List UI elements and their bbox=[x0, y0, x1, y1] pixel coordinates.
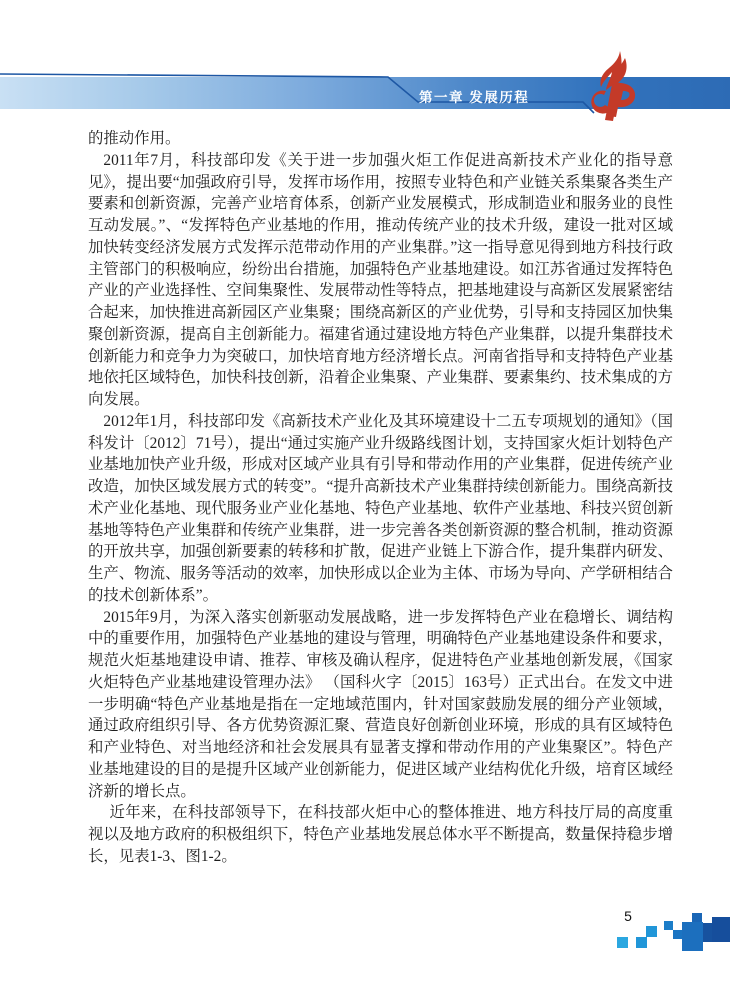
torch-logo-icon bbox=[586, 50, 644, 124]
chapter-title: 第一章 发展历程 bbox=[419, 86, 529, 106]
paragraph-2015: 2015年9月，为深入落实创新驱动发展战略，进一步发挥特色产业在稳增长、调结构中… bbox=[88, 607, 673, 803]
mosaic-square bbox=[692, 913, 702, 922]
paragraph-recent-years: 近年来，在科技部领导下，在科技部火炬中心的整体推进、地方科技厅局的高度重视以及地… bbox=[88, 802, 673, 867]
paragraph-2011: 2011年7月，科技部印发《关于进一步加强火炬工作促进高新技术产业化的指导意见》… bbox=[88, 150, 673, 411]
mosaic-square bbox=[664, 921, 673, 930]
body-text: 的推动作用。 2011年7月，科技部印发《关于进一步加强火炬工作促进高新技术产业… bbox=[88, 128, 673, 868]
mosaic-square bbox=[636, 937, 647, 948]
page-number: 5 bbox=[618, 908, 638, 924]
paragraph-continuation: 的推动作用。 bbox=[88, 128, 673, 150]
mosaic-square bbox=[617, 937, 628, 948]
paragraph-2012: 2012年1月，科技部印发《高新技术产业化及其环境建设十二五专项规划的通知》（国… bbox=[88, 411, 673, 607]
mosaic-square bbox=[646, 926, 657, 937]
mosaic-square bbox=[703, 923, 712, 942]
mosaic-square bbox=[712, 917, 730, 942]
document-page: 第一章 发展历程 的推动作用。 2011年7月，科技部印发《关于进一步加强火炬工… bbox=[0, 0, 730, 984]
mosaic-square bbox=[673, 930, 682, 939]
mosaic-square bbox=[682, 922, 703, 951]
